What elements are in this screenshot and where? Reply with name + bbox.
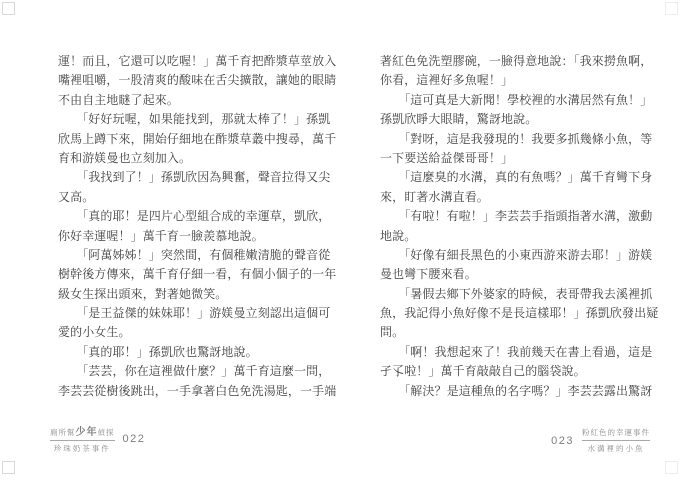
left-page-footer: 廁所幫少年偵探 珍珠奶茶事件 022 — [50, 423, 145, 454]
page-right: 著紅色免洗塑膠碗，一臉得意地說：「我來撈魚啊，你看，這裡好多魚喔！」 「這可真是… — [340, 0, 680, 484]
text-line: 「這可真是大新聞！學校裡的水溝居然有魚！」 — [380, 91, 658, 110]
left-page-text: 運！而且，它還可以吃喔！」萬千育把酢漿草莖放入嘴裡咀嚼，一股清爽的酸味在舌尖擴散… — [58, 52, 336, 401]
text-line: 「暑假去鄉下外婆家的時候，表哥帶我去溪裡抓 — [380, 285, 658, 304]
text-line: 地說。 — [380, 227, 658, 246]
series-title: 廁所幫少年偵探 — [50, 423, 115, 441]
text-line: 「有啦！有啦！」李芸芸手指頭指著水溝，激動 — [380, 207, 658, 226]
text-line: 曼也彎下腰來看。 — [380, 265, 658, 284]
text-line: 樹幹後方傳來，萬千育仔細一看，有個小個子的一年 — [58, 265, 336, 284]
text-line: 「我找到了！」孫凱欣因為興奮，聲音拉得又尖 — [58, 168, 336, 187]
text-line: 一下要送給益傑哥哥！」 — [380, 149, 658, 168]
chapter-label: 粉紅色的幸運事件 水溝裡的小魚 — [582, 427, 650, 454]
text-line: 「啊！我想起來了！我前幾天在書上看過，這是 — [380, 343, 658, 362]
page-number-right: 023 — [551, 435, 574, 447]
text-line: 愛的小女生。 — [58, 323, 336, 342]
text-line: 問。 — [380, 323, 658, 342]
text-line: 「阿萬姊姊！」突然間，有個稚嫩清脆的聲音從 — [58, 246, 336, 265]
text-line: 來，盯著水溝直看。 — [380, 188, 658, 207]
text-line: 又高。 — [58, 188, 336, 207]
page-number-left: 022 — [123, 433, 146, 445]
text-line: 「真的耶！」孫凱欣也驚訝地說。 — [58, 343, 336, 362]
text-line: 欣馬上蹲下來，開始仔細地在酢漿草叢中搜尋，萬千 — [58, 130, 336, 149]
text-line: 李芸芸從樹後跳出，一手拿著白色免洗湯匙，一手端 — [58, 382, 336, 401]
right-page-footer: 023 粉紅色的幸運事件 水溝裡的小魚 — [551, 427, 650, 454]
text-line: 「好像有細長黑色的小東西游來游去耶！」游媄 — [380, 246, 658, 265]
series-logo: 廁所幫少年偵探 珍珠奶茶事件 — [50, 423, 115, 454]
chapter-title: 粉紅色的幸運事件 — [582, 427, 650, 441]
text-line: 「這麼臭的水溝，真的有魚嗎？」萬千育彎下身 — [380, 168, 658, 187]
text-line: 級女生探出頭來，對著她微笑。 — [58, 285, 336, 304]
book-title: 珍珠奶茶事件 — [50, 441, 115, 454]
right-page-text: 著紅色免洗塑膠碗，一臉得意地說：「我來撈魚啊，你看，這裡好多魚喔！」 「這可真是… — [380, 52, 658, 401]
text-line: 「是王益傑的妹妹耶！」游媄曼立刻認出這個可 — [58, 304, 336, 323]
page-left: 運！而且，它還可以吃喔！」萬千育把酢漿草莖放入嘴裡咀嚼，一股清爽的酸味在舌尖擴散… — [0, 0, 340, 484]
text-line: 不由自主地瞇了起來。 — [58, 91, 336, 110]
text-line: 嘴裡咀嚼，一股清爽的酸味在舌尖擴散，讓她的眼睛 — [58, 71, 336, 90]
text-line: 著紅色免洗塑膠碗，一臉得意地說：「我來撈魚啊， — [380, 52, 658, 71]
book-spread: 運！而且，它還可以吃喔！」萬千育把酢漿草莖放入嘴裡咀嚼，一股清爽的酸味在舌尖擴散… — [0, 0, 680, 484]
text-line: 孫凱欣睜大眼睛，驚訝地說。 — [380, 110, 658, 129]
series-title-emphasis: 少年 — [76, 427, 98, 438]
text-line: 育和游媄曼也立刻加入。 — [58, 149, 336, 168]
section-title: 水溝裡的小魚 — [582, 441, 650, 454]
text-line: 魚，我記得小魚好像不是長這樣耶！」孫凱欣發出疑 — [380, 304, 658, 323]
text-line: 「芸芸，你在這裡做什麼？」萬千育這麼一問， — [58, 362, 336, 381]
text-line: 運！而且，它還可以吃喔！」萬千育把酢漿草莖放入 — [58, 52, 336, 71]
text-line: 「真的耶！是四片心型組合成的幸運草，凱欣， — [58, 207, 336, 226]
text-line: 孑孓啦！」萬千育敲敲自己的腦袋說。 — [380, 362, 658, 381]
text-line: 你好幸運喔！」萬千育一臉羨慕地說。 — [58, 227, 336, 246]
text-line: 「對呀，這是我發現的！我要多抓幾條小魚，等 — [380, 130, 658, 149]
text-line: 你看，這裡好多魚喔！」 — [380, 71, 658, 90]
text-line: 「解決？是這種魚的名字嗎？」李芸芸露出驚訝 — [380, 382, 658, 401]
text-line: 「好好玩喔，如果能找到，那就太棒了！」孫凱 — [58, 110, 336, 129]
